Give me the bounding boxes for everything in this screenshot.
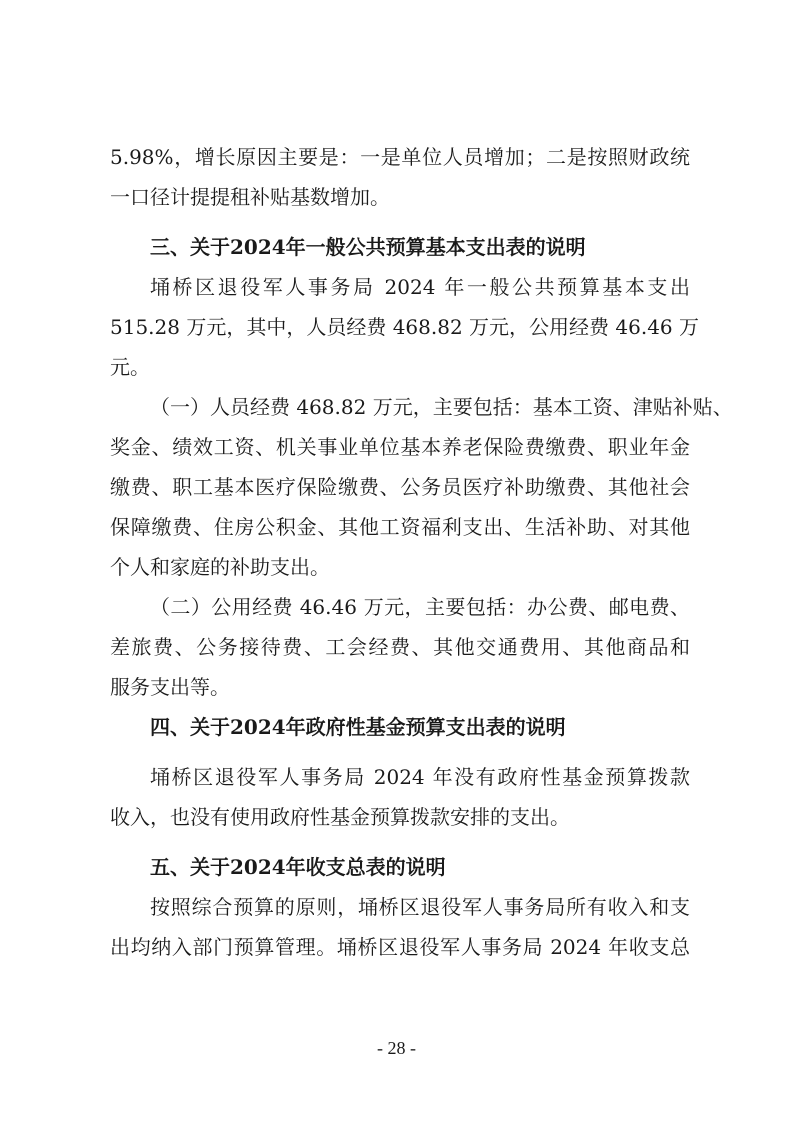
- body-line: 埇桥区退役军人事务局 2024 年没有政府性基金预算拨款: [150, 763, 690, 791]
- body-line: （一）人员经费 468.82 万元，主要包括：基本工资、津贴补贴、: [150, 393, 690, 421]
- page-number: - 28 -: [0, 1038, 793, 1059]
- body-line: （二）公用经费 46.46 万元，主要包括：办公费、邮电费、: [150, 593, 690, 621]
- section-heading-4: 四、关于2024年政府性基金预算支出表的说明: [150, 713, 690, 741]
- body-line: 奖金、绩效工资、机关事业单位基本养老保险费缴费、职业年金: [110, 433, 690, 461]
- body-line: 埇桥区退役军人事务局 2024 年一般公共预算基本支出: [150, 273, 690, 301]
- body-line: 一口径计提提租补贴基数增加。: [110, 183, 690, 211]
- body-line: 515.28 万元，其中，人员经费 468.82 万元，公用经费 46.46 万: [110, 313, 690, 341]
- section-heading-3: 三、关于2024年一般公共预算基本支出表的说明: [150, 233, 690, 261]
- body-line: 缴费、职工基本医疗保险缴费、公务员医疗补助缴费、其他社会: [110, 473, 690, 501]
- body-line: 收入，也没有使用政府性基金预算拨款安排的支出。: [110, 803, 690, 831]
- body-line: 出均纳入部门预算管理。埇桥区退役军人事务局 2024 年收支总: [110, 933, 690, 961]
- body-line: 差旅费、公务接待费、工会经费、其他交通费用、其他商品和: [110, 633, 690, 661]
- body-line: 服务支出等。: [110, 673, 690, 701]
- body-line: 保障缴费、住房公积金、其他工资福利支出、生活补助、对其他: [110, 513, 690, 541]
- body-line: 5.98%，增长原因主要是：一是单位人员增加；二是按照财政统: [110, 143, 690, 171]
- body-line: 个人和家庭的补助支出。: [110, 553, 690, 581]
- body-line: 按照综合预算的原则，埇桥区退役军人事务局所有收入和支: [150, 893, 690, 921]
- body-line: 元。: [110, 353, 690, 381]
- section-heading-5: 五、关于2024年收支总表的说明: [150, 853, 690, 881]
